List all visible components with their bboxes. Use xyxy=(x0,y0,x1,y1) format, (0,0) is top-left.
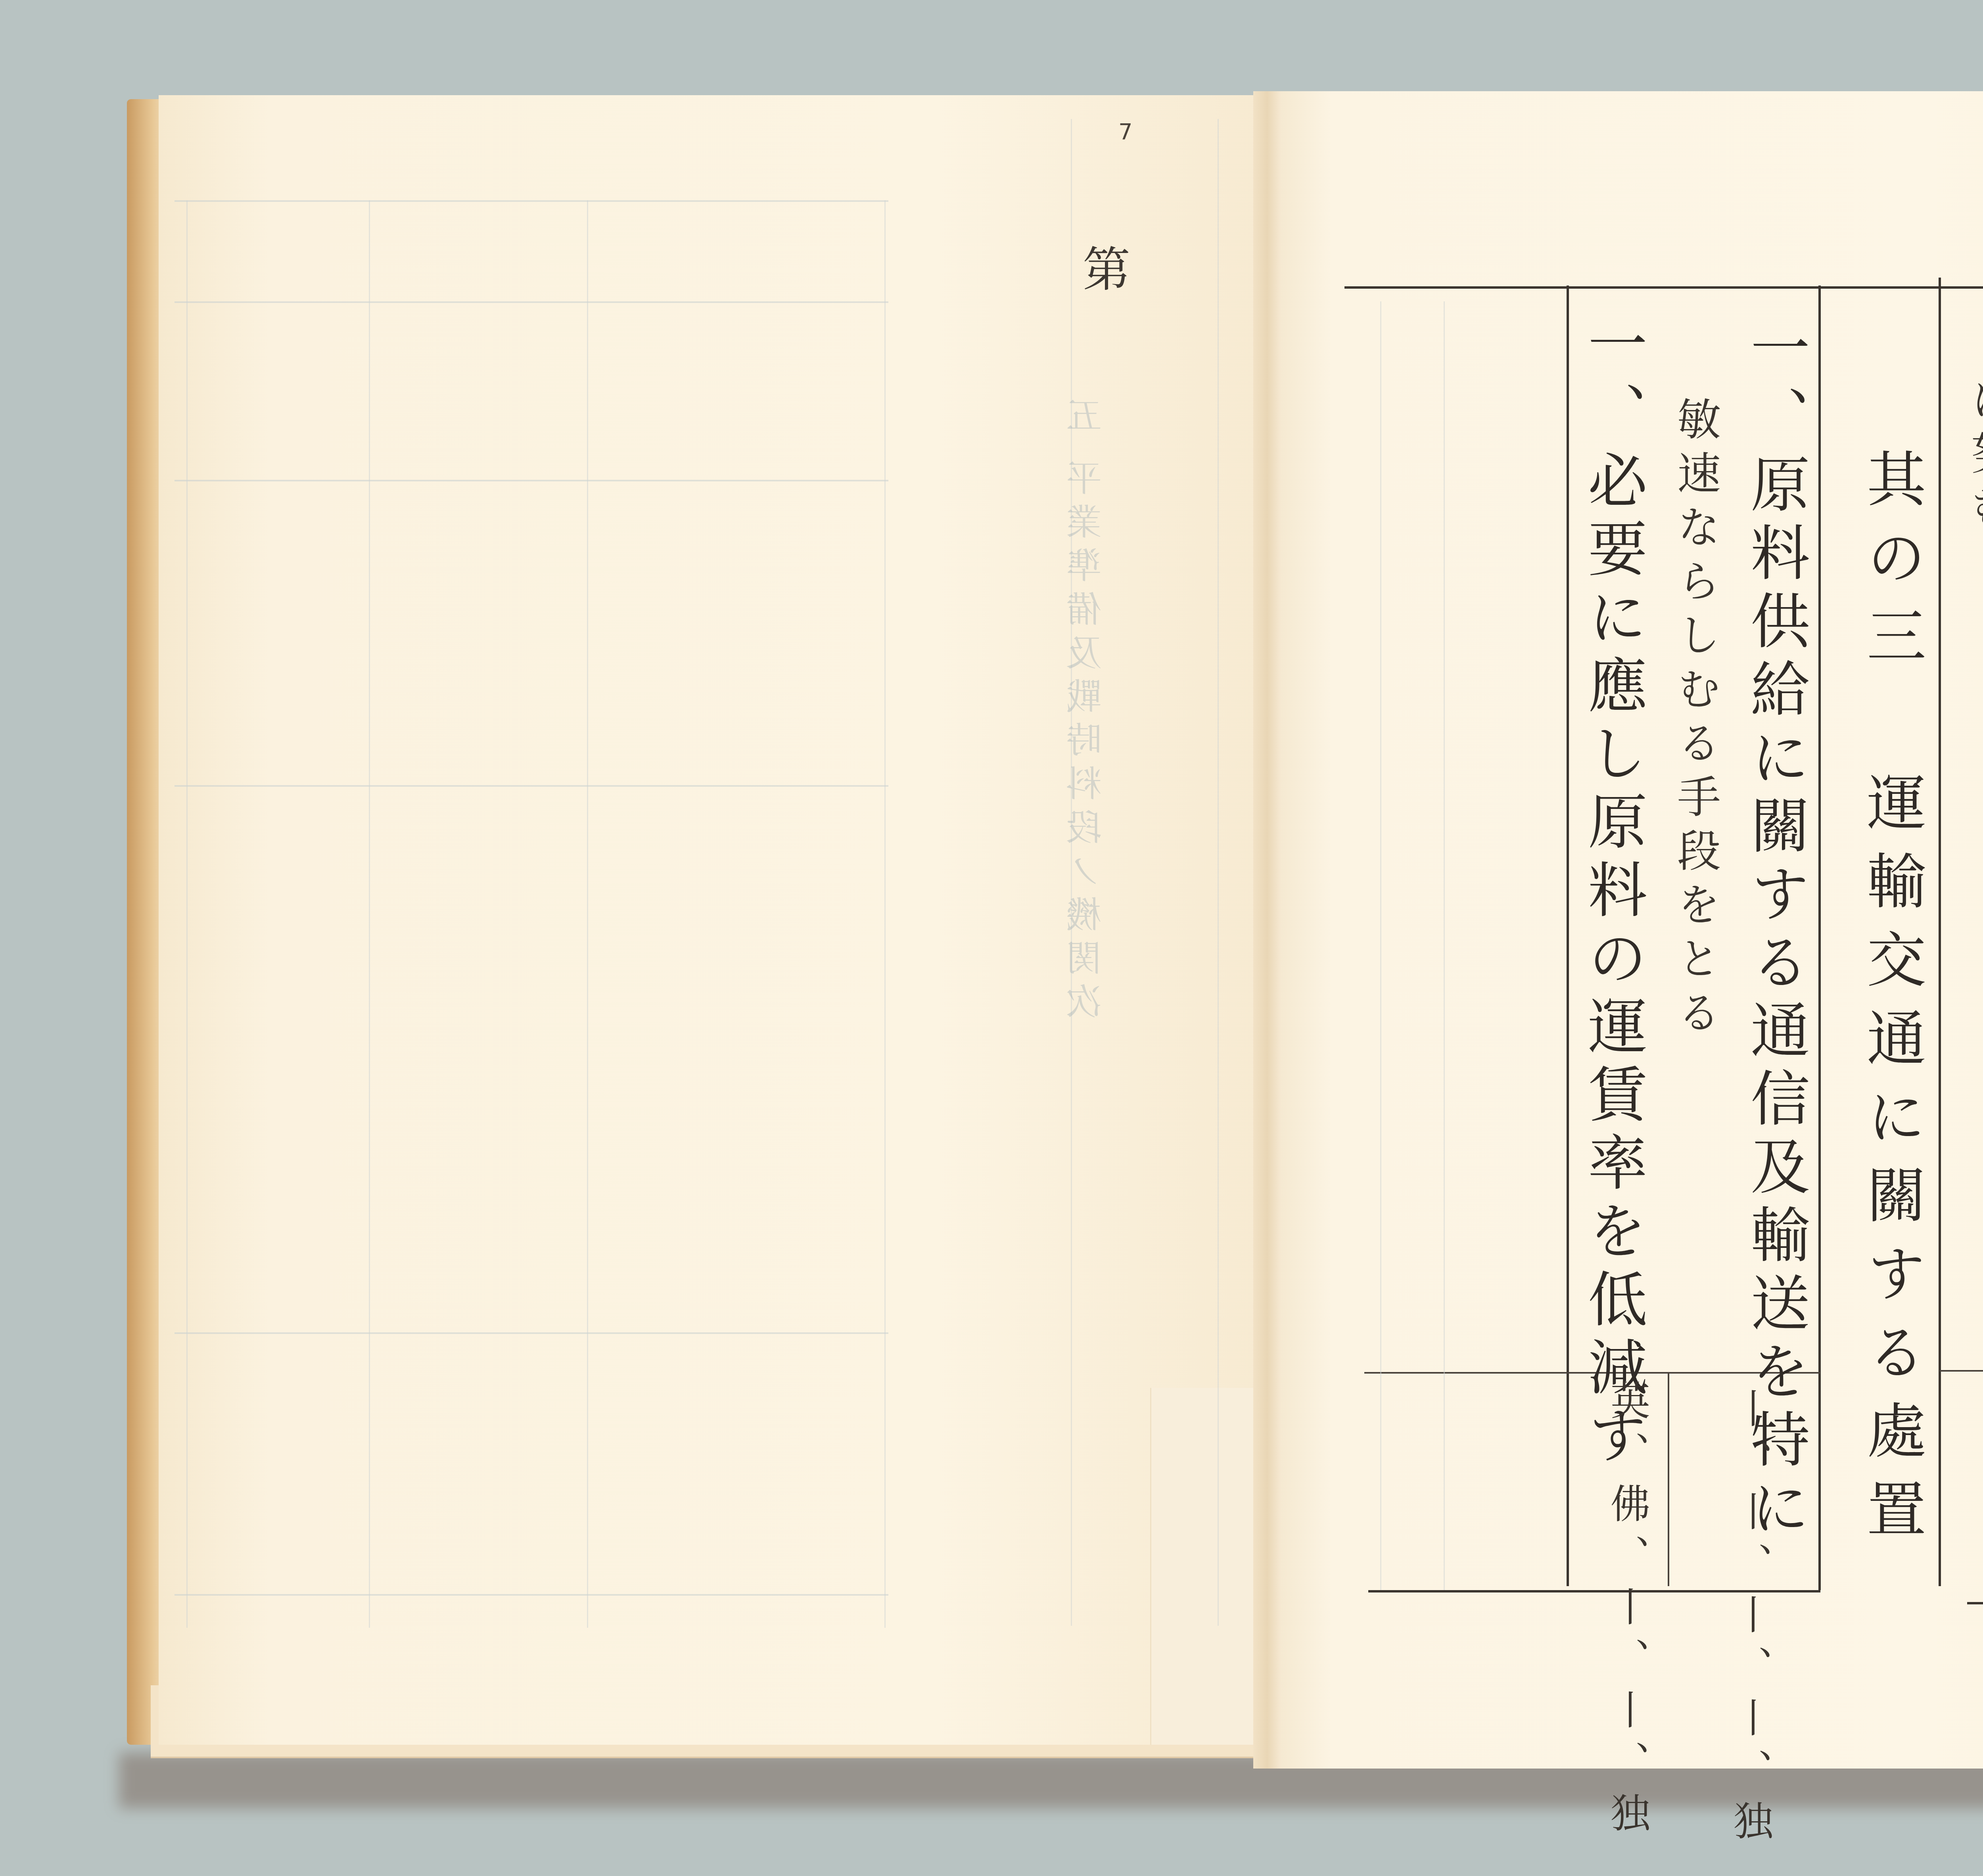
note-divider xyxy=(1668,1372,1669,1586)
chapter-mark: 第 xyxy=(1083,232,1130,300)
table-divider xyxy=(1939,278,1941,1586)
ghost-rule xyxy=(884,200,886,1628)
ghost-rule xyxy=(175,200,888,202)
item-4-text: 原料供給に關する通信及輸送を特に xyxy=(1740,454,1809,1545)
table-divider xyxy=(1567,286,1569,1586)
item-5-marker: 一、 xyxy=(1578,313,1647,450)
ghost-rule xyxy=(369,200,370,1628)
ghost-rule xyxy=(175,1594,888,1596)
ghost-rule xyxy=(175,1332,888,1334)
ghost-rule xyxy=(175,301,888,303)
ghost-rule xyxy=(587,200,588,1628)
ghost-rule xyxy=(1444,301,1445,1590)
item-4-marker: 一、 xyxy=(1740,317,1809,454)
ghost-rule xyxy=(175,480,888,481)
folded-insert xyxy=(1150,1388,1262,1745)
item-4-continuation: 敏速ならしむる手段をとる xyxy=(1674,397,1717,1044)
ghost-rule xyxy=(186,200,188,1628)
item-4-note: 丨、丨、丨、丨、独 xyxy=(1721,1388,1778,1852)
book-gutter xyxy=(1253,91,1281,1769)
table-bottom-rule xyxy=(1967,1602,1983,1604)
item-5: 一、必要に應し原料の運賃率を低減す xyxy=(1582,313,1642,1473)
item-5-note: 英、佛、丨、丨、独 xyxy=(1598,1380,1655,1844)
table-top-rule xyxy=(1344,286,1983,289)
section-heading: 其の三 運輸交通に關する處置 xyxy=(1848,448,1934,1557)
ghost-rule xyxy=(175,785,888,787)
page-number-left: 7 xyxy=(1118,119,1133,145)
item-4: 一、原料供給に關する通信及輸送を特に xyxy=(1745,317,1805,1545)
ghost-rule xyxy=(1218,119,1219,1626)
bleed-through-heading: 五 平業準備及戰時料段ノ機関次 xyxy=(1067,397,1108,1027)
item-5-text: 必要に應し原料の運賃率を低減す xyxy=(1578,450,1647,1473)
notes-row-rule xyxy=(1939,1370,1983,1372)
ghost-rule xyxy=(1380,301,1381,1590)
table-divider xyxy=(1818,286,1821,1590)
item-3-continuation: に努む xyxy=(1967,377,1983,538)
